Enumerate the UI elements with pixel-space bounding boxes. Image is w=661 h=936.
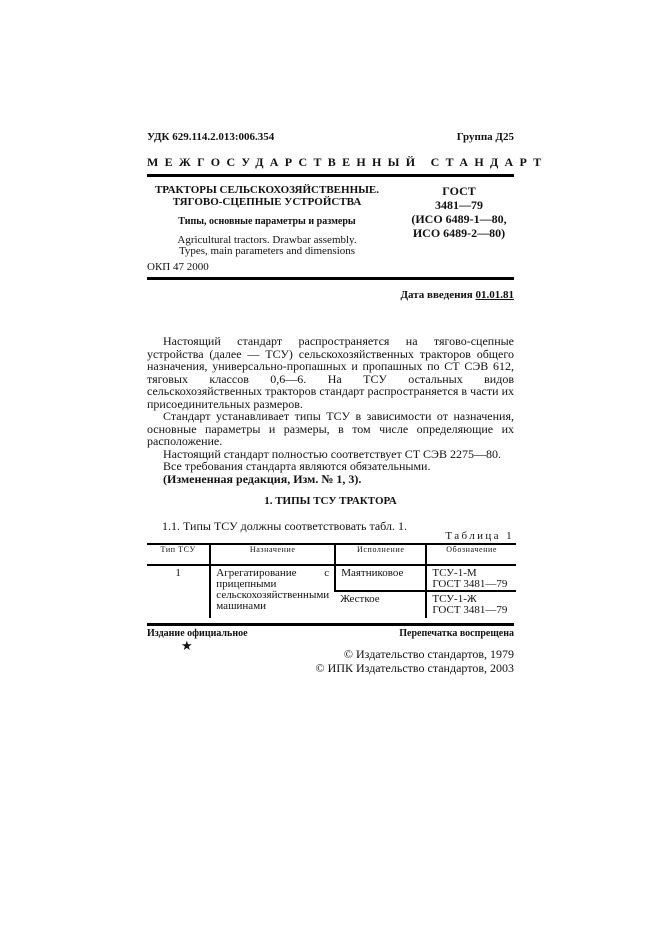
copyright-block: © Издательство стандартов, 1979 © ИПК Из… xyxy=(316,648,514,675)
title-block: ТРАКТОРЫ СЕЛЬСКОХОЗЯЙСТВЕННЫЕ. ТЯГОВО-СЦ… xyxy=(147,184,387,257)
designation-gost: ГОСТ 3481—79 xyxy=(432,605,511,616)
date-label: Дата введения xyxy=(400,289,472,301)
cell-designation: ТСУ-1-М ГОСТ 3481—79 xyxy=(426,565,516,591)
footer-rule xyxy=(147,623,514,626)
gost-number: 3481—79 xyxy=(398,198,520,212)
paragraph-mandatory: Все требования стандарта являются обязат… xyxy=(147,460,514,473)
group-code: Группа Д25 xyxy=(457,131,514,143)
body-paragraphs: Настоящий стандарт распространяется на т… xyxy=(147,335,514,485)
paragraph-1-1: 1.1. Типы ТСУ должны соответствовать таб… xyxy=(162,519,407,534)
cell-execution: Маятниковое xyxy=(335,565,426,591)
paragraph-scope: Настоящий стандарт распространяется на т… xyxy=(147,335,514,410)
table-row: 1 Агрегатирование с прицепными сельскохо… xyxy=(147,565,516,591)
title-ru-line2: ТЯГОВО-СЦЕПНЫЕ УСТРОЙСТВА xyxy=(147,196,387,208)
date-value: 01.01.81 xyxy=(476,289,515,301)
table-header-row: Тип ТСУ Назначение Исполнение Обозначени… xyxy=(147,544,516,565)
iso-ref-1: (ИСО 6489-1—80, xyxy=(398,212,520,226)
title-ru-subtitle: Типы, основные параметры и размеры xyxy=(147,216,387,227)
gost-label: ГОСТ xyxy=(398,184,520,198)
title-ru-line1: ТРАКТОРЫ СЕЛЬСКОХОЗЯЙСТВЕННЫЕ. xyxy=(147,184,387,196)
col-header-execution: Исполнение xyxy=(335,544,426,565)
official-edition: Издание официальное xyxy=(147,628,248,639)
col-header-purpose: Назначение xyxy=(210,544,335,565)
title-en-line2: Types, main parameters and dimensions xyxy=(147,246,387,257)
paragraph-amendment: (Измененная редакция, Изм. № 1, 3). xyxy=(147,473,514,486)
star-icon: ★ xyxy=(181,638,193,654)
cell-type: 1 xyxy=(147,565,210,618)
udk-code: УДК 629.114.2.013:006.354 xyxy=(147,131,274,143)
table-1: Тип ТСУ Назначение Исполнение Обозначени… xyxy=(147,543,516,618)
copyright-2003: © ИПК Издательство стандартов, 2003 xyxy=(316,662,514,676)
reprint-prohibited: Перепечатка воспрещена xyxy=(399,628,514,639)
copyright-1979: © Издательство стандартов, 1979 xyxy=(316,648,514,662)
okp-code: ОКП 47 2000 xyxy=(147,261,209,273)
table-caption: Таблица 1 xyxy=(445,530,514,542)
gost-number-block: ГОСТ 3481—79 (ИСО 6489-1—80, ИСО 6489-2—… xyxy=(398,184,520,240)
section-title: 1. ТИПЫ ТСУ ТРАКТОРА xyxy=(147,495,514,507)
header-rule xyxy=(147,174,514,177)
cell-designation: ТСУ-1-Ж ГОСТ 3481—79 xyxy=(426,591,516,618)
paragraph-purpose: Стандарт устанавливает типы ТСУ в зависи… xyxy=(147,410,514,448)
introduction-date: Дата введения 01.01.81 xyxy=(400,289,514,301)
iso-ref-2: ИСО 6489-2—80) xyxy=(398,226,520,240)
designation-gost: ГОСТ 3481—79 xyxy=(432,579,511,590)
cell-purpose: Агрегатирование с прицепными сельскохозя… xyxy=(210,565,335,618)
cell-execution: Жесткое xyxy=(335,591,426,618)
interstate-standard-heading: МЕЖГОСУДАРСТВЕННЫЙ СТАНДАРТ xyxy=(147,155,514,170)
title-rule xyxy=(147,277,514,280)
col-header-designation: Обозначение xyxy=(426,544,516,565)
col-header-type: Тип ТСУ xyxy=(147,544,210,565)
